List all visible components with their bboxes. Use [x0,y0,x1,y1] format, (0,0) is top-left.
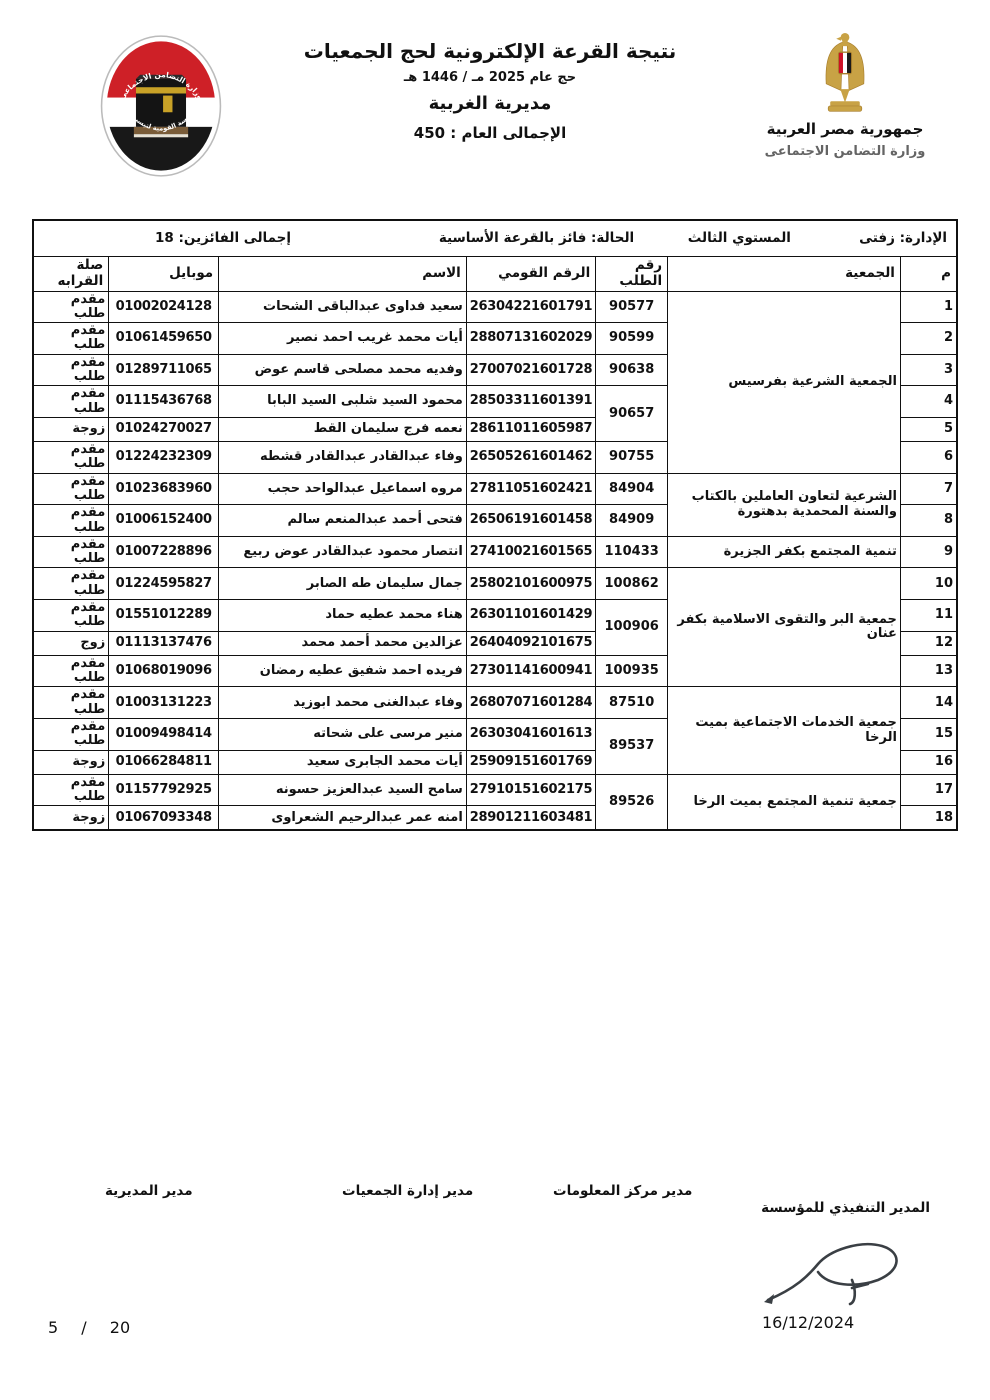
relation-cell: زوجة [33,806,109,830]
relation-cell: زوجة [33,417,109,441]
name-cell: فتحى أحمد عبدالمنعم سالم [219,505,467,537]
mobile-cell: 01007228896 [109,536,219,568]
table-row: 10جمعية البر والتقوى الاسلامية بكفر عنان… [33,568,957,600]
relation-cell: مقدم طلب [33,473,109,505]
request-no-cell: 110433 [596,536,668,568]
mobile-cell: 01551012289 [109,600,219,632]
association-cell: الشرعية لتعاون العاملين بالكتاب والسنة ا… [668,473,901,536]
relation-cell: زوجة [33,750,109,774]
request-no-cell: 90657 [596,386,668,442]
grand-total: الإجمالى العام : 450 [280,124,700,142]
relation-cell: مقدم طلب [33,568,109,600]
page-separator: / [81,1318,86,1337]
egypt-eagle-icon [806,30,884,114]
mobile-cell: 01157792925 [109,774,219,806]
mobile-cell: 01006152400 [109,505,219,537]
serial-cell: 6 [900,442,957,474]
national-id-cell: 27007021601728 [466,354,595,386]
serial-cell: 4 [900,386,957,418]
national-id-cell: 26301101601429 [466,600,595,632]
request-no-cell: 87510 [596,687,668,719]
relation-cell: مقدم طلب [33,719,109,751]
col-header-relation: صلة القرابه [33,256,109,291]
serial-cell: 10 [900,568,957,600]
relation-cell: مقدم طلب [33,323,109,355]
national-id-cell: 28503311601391 [466,386,595,418]
col-header-national-id: الرقم القومي [466,256,595,291]
national-id-cell: 26505261601462 [466,442,595,474]
serial-cell: 5 [900,417,957,441]
request-no-cell: 100862 [596,568,668,600]
national-id-cell: 28611011605987 [466,417,595,441]
serial-cell: 3 [900,354,957,386]
page-total: 20 [110,1318,130,1337]
document-title-block: نتيجة القرعة الإلكترونية لحج الجمعيات حج… [280,38,700,142]
hajj-year-subtitle: حج عام 2025 مـ / 1446 هـ [280,70,700,85]
national-id-cell: 26807071601284 [466,687,595,719]
column-header-row: م الجمعية رقم الطلب الرقم القومي الاسم م… [33,256,957,291]
association-cell: الجمعية الشرعية بفرسيس [668,291,901,473]
national-id-cell: 26304221601791 [466,291,595,323]
national-id-cell: 26506191601458 [466,505,595,537]
name-cell: أيات محمد الجابرى سعيد [219,750,467,774]
hajj-foundation-logo-icon: وزارة التضامن الاجتماعي المؤسسة القومية … [95,33,227,179]
association-cell: جمعية البر والتقوى الاسلامية بكفر عنان [668,568,901,687]
total-winners-label: إجمالى الفائزين: 18 [34,230,412,246]
level-label: المستوي الثالث [661,230,818,246]
mobile-cell: 01061459650 [109,323,219,355]
request-no-cell: 100935 [596,655,668,687]
national-id-cell: 28807131602029 [466,323,595,355]
serial-cell: 12 [900,631,957,655]
relation-cell: مقدم طلب [33,774,109,806]
national-id-cell: 27410021601565 [466,536,595,568]
serial-cell: 13 [900,655,957,687]
name-cell: وفاء عبدالغنى محمد ابوزيد [219,687,467,719]
relation-cell: مقدم طلب [33,291,109,323]
name-cell: أيات محمد غريب احمد نصير [219,323,467,355]
relation-cell: مقدم طلب [33,354,109,386]
request-no-cell: 90755 [596,442,668,474]
page-title: نتيجة القرعة الإلكترونية لحج الجمعيات [280,38,700,64]
signatory-info-center-director: مدير مركز المعلومات [553,1183,692,1199]
relation-cell: مقدم طلب [33,536,109,568]
administration-label: الإدارة: زفتى [818,230,956,246]
national-id-cell: 25802101600975 [466,568,595,600]
col-header-mobile: موبايل [109,256,219,291]
mobile-cell: 01068019096 [109,655,219,687]
signatory-directorate-director: مدير المديرية [105,1183,193,1199]
signatory-associations-director: مدير إدارة الجمعيات [342,1183,473,1199]
request-no-cell: 90638 [596,354,668,386]
mobile-cell: 01009498414 [109,719,219,751]
national-id-cell: 25909151601769 [466,750,595,774]
name-cell: هناء محمد عطيه حماد [219,600,467,632]
national-id-cell: 27301141600941 [466,655,595,687]
name-cell: سامح السيد عبدالعزيز حسونه [219,774,467,806]
request-no-cell: 89526 [596,774,668,830]
name-cell: محمود السيد شلبى السيد البابا [219,386,467,418]
mobile-cell: 01224232309 [109,442,219,474]
request-no-cell: 90577 [596,291,668,323]
table-row: 17جمعية تنمية المجتمع بميت الرخا89526279… [33,774,957,806]
name-cell: انتصار محمود عبدالقادر عوض ربيع [219,536,467,568]
handwritten-signature [756,1228,908,1320]
request-no-cell: 84909 [596,505,668,537]
serial-cell: 15 [900,719,957,751]
name-cell: مروه اسماعيل عبدالواحد حجب [219,473,467,505]
name-cell: امنه عمر عبدالرحيم الشعراوى [219,806,467,830]
national-id-cell: 26404092101675 [466,631,595,655]
country-name: جمهورية مصر العربية [755,120,935,138]
relation-cell: مقدم طلب [33,442,109,474]
directorate-name: مديرية الغربية [280,93,700,114]
name-cell: وفاء عبدالقادر عبدالقادر قشطه [219,442,467,474]
col-header-request-no: رقم الطلب [596,256,668,291]
national-id-cell: 27910151602175 [466,774,595,806]
egypt-emblem-block: جمهورية مصر العربية وزارة التضامن الاجتم… [755,30,935,159]
serial-cell: 17 [900,774,957,806]
name-cell: جمال سليمان طه الصابر [219,568,467,600]
name-cell: سعيد فداوى عبدالباقى الشحات [219,291,467,323]
table-row: 1الجمعية الشرعية بفرسيس90577263042216017… [33,291,957,323]
name-cell: عزالدين محمد أحمد محمد [219,631,467,655]
page-indicator: 5 / 20 [48,1318,130,1337]
mobile-cell: 01113137476 [109,631,219,655]
col-header-serial: م [900,256,957,291]
mobile-cell: 01003131223 [109,687,219,719]
national-id-cell: 26303041601613 [466,719,595,751]
relation-cell: مقدم طلب [33,687,109,719]
name-cell: وفديه محمد مصلحى قاسم عوض [219,354,467,386]
status-label: الحالة: فائز بالقرعة الأساسية [412,230,661,246]
lottery-results-table: الإدارة: زفتى المستوي الثالث الحالة: فائ… [32,219,958,831]
mobile-cell: 01289711065 [109,354,219,386]
association-cell: جمعية الخدمات الاجتماعية بميت الرخا [668,687,901,774]
serial-cell: 7 [900,473,957,505]
hajj-foundation-logo: وزارة التضامن الاجتماعي المؤسسة القومية … [95,33,227,179]
serial-cell: 2 [900,323,957,355]
association-cell: جمعية تنمية المجتمع بميت الرخا [668,774,901,830]
document-page: وزارة التضامن الاجتماعي المؤسسة القومية … [0,0,990,1400]
national-id-cell: 27811051602421 [466,473,595,505]
relation-cell: مقدم طلب [33,655,109,687]
serial-cell: 8 [900,505,957,537]
col-header-association: الجمعية [668,256,901,291]
relation-cell: زوج [33,631,109,655]
serial-cell: 16 [900,750,957,774]
mobile-cell: 01115436768 [109,386,219,418]
serial-cell: 14 [900,687,957,719]
request-no-cell: 89537 [596,719,668,775]
table-row: 14جمعية الخدمات الاجتماعية بميت الرخا875… [33,687,957,719]
serial-cell: 11 [900,600,957,632]
serial-cell: 18 [900,806,957,830]
mobile-cell: 01224595827 [109,568,219,600]
relation-cell: مقدم طلب [33,505,109,537]
mobile-cell: 01002024128 [109,291,219,323]
col-header-name: الاسم [219,256,467,291]
info-bar-row: الإدارة: زفتى المستوي الثالث الحالة: فائ… [33,220,957,256]
request-no-cell: 90599 [596,323,668,355]
request-no-cell: 100906 [596,600,668,656]
name-cell: نعمه فرج سليمان القط [219,417,467,441]
name-cell: منير مرسى على شحاته [219,719,467,751]
table-row: 7الشرعية لتعاون العاملين بالكتاب والسنة … [33,473,957,505]
relation-cell: مقدم طلب [33,600,109,632]
signatory-executive-director: المدير التنفيذي للمؤسسة [761,1200,930,1216]
table-row: 9تنمية المجتمع بكفر الجزيرة1104332741002… [33,536,957,568]
mobile-cell: 01023683960 [109,473,219,505]
national-id-cell: 28901211603481 [466,806,595,830]
ministry-name: وزارة التضامن الاجتماعى [755,144,935,159]
mobile-cell: 01024270027 [109,417,219,441]
mobile-cell: 01067093348 [109,806,219,830]
name-cell: فريده احمد شفيق عطيه رمضان [219,655,467,687]
relation-cell: مقدم طلب [33,386,109,418]
serial-cell: 9 [900,536,957,568]
document-date: 16/12/2024 [762,1313,854,1332]
mobile-cell: 01066284811 [109,750,219,774]
association-cell: تنمية المجتمع بكفر الجزيرة [668,536,901,568]
request-no-cell: 84904 [596,473,668,505]
page-number: 5 [48,1318,58,1337]
serial-cell: 1 [900,291,957,323]
